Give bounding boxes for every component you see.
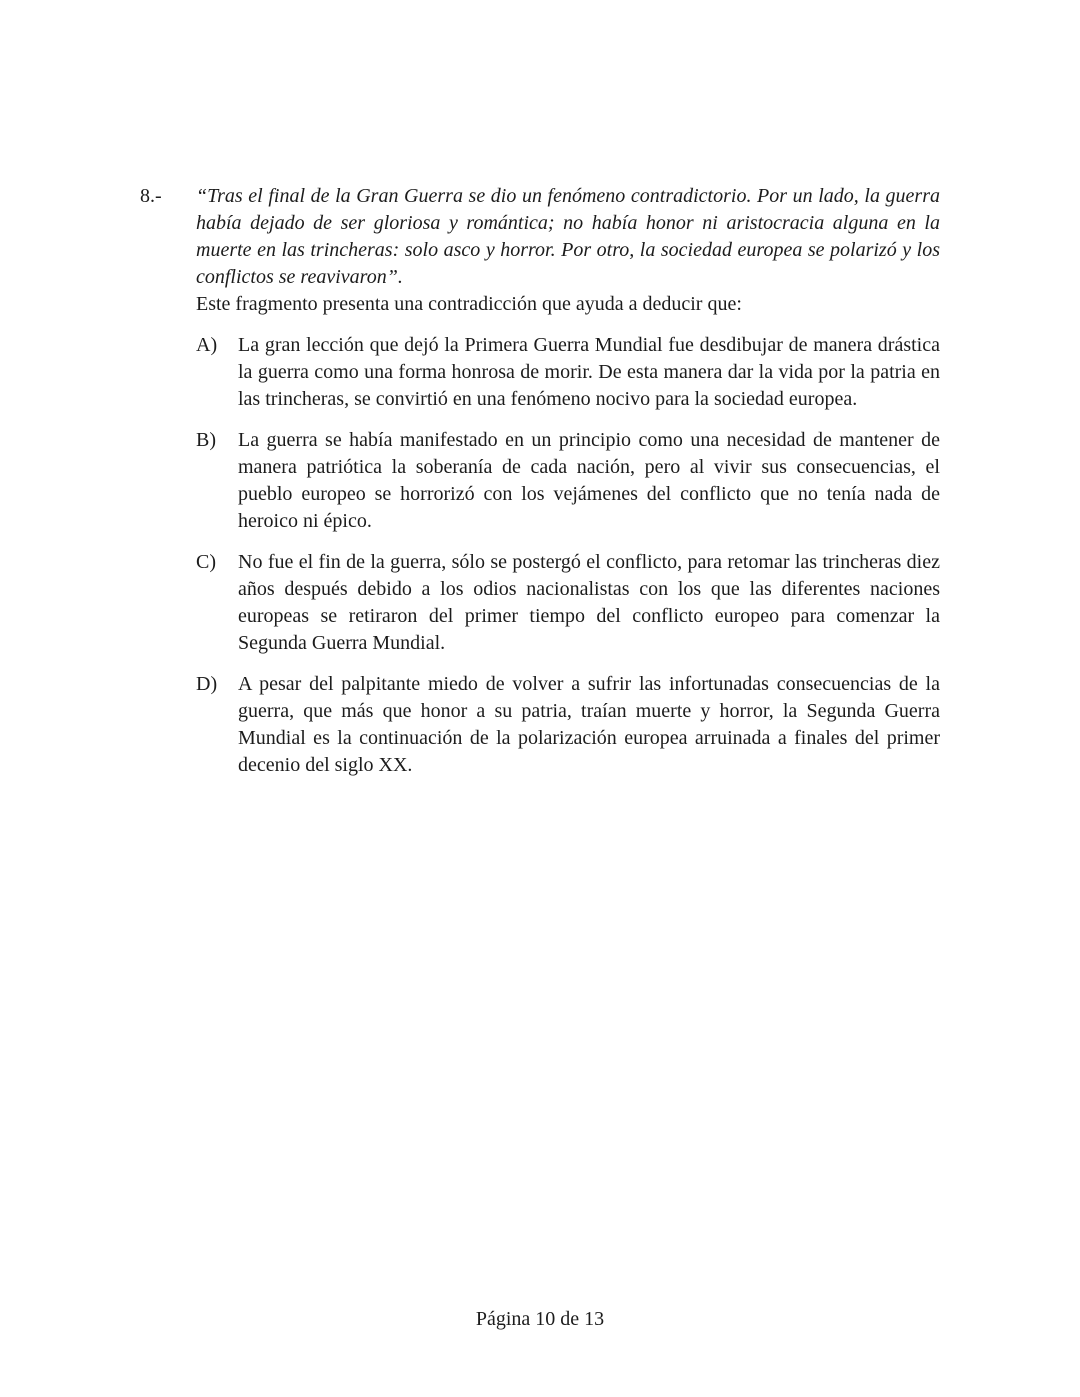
question-number: 8.- — [140, 183, 196, 779]
page-footer: Página 10 de 13 — [0, 1306, 1080, 1333]
option-b: B) La guerra se había manifestado en un … — [196, 427, 940, 535]
option-b-text: La guerra se había manifestado en un pri… — [238, 427, 940, 535]
option-d-label: D) — [196, 671, 238, 779]
option-a: A) La gran lección que dejó la Primera G… — [196, 332, 940, 413]
document-page: { "question": { "number": "8.-", "quote"… — [0, 0, 1080, 1397]
question-block: 8.- “Tras el final de la Gran Guerra se … — [140, 183, 940, 779]
option-c-text: No fue el fin de la guerra, sólo se post… — [238, 549, 940, 657]
options-list: A) La gran lección que dejó la Primera G… — [196, 332, 940, 779]
option-b-label: B) — [196, 427, 238, 535]
question-body: “Tras el final de la Gran Guerra se dio … — [196, 183, 940, 779]
option-a-label: A) — [196, 332, 238, 413]
page-number-label: Página 10 de 13 — [476, 1308, 604, 1330]
question-prompt: Este fragmento presenta una contradicció… — [196, 291, 940, 318]
option-d: D) A pesar del palpitante miedo de volve… — [196, 671, 940, 779]
option-a-text: La gran lección que dejó la Primera Guer… — [238, 332, 940, 413]
option-c-label: C) — [196, 549, 238, 657]
option-c: C) No fue el fin de la guerra, sólo se p… — [196, 549, 940, 657]
question-quote: “Tras el final de la Gran Guerra se dio … — [196, 183, 940, 291]
option-d-text: A pesar del palpitante miedo de volver a… — [238, 671, 940, 779]
